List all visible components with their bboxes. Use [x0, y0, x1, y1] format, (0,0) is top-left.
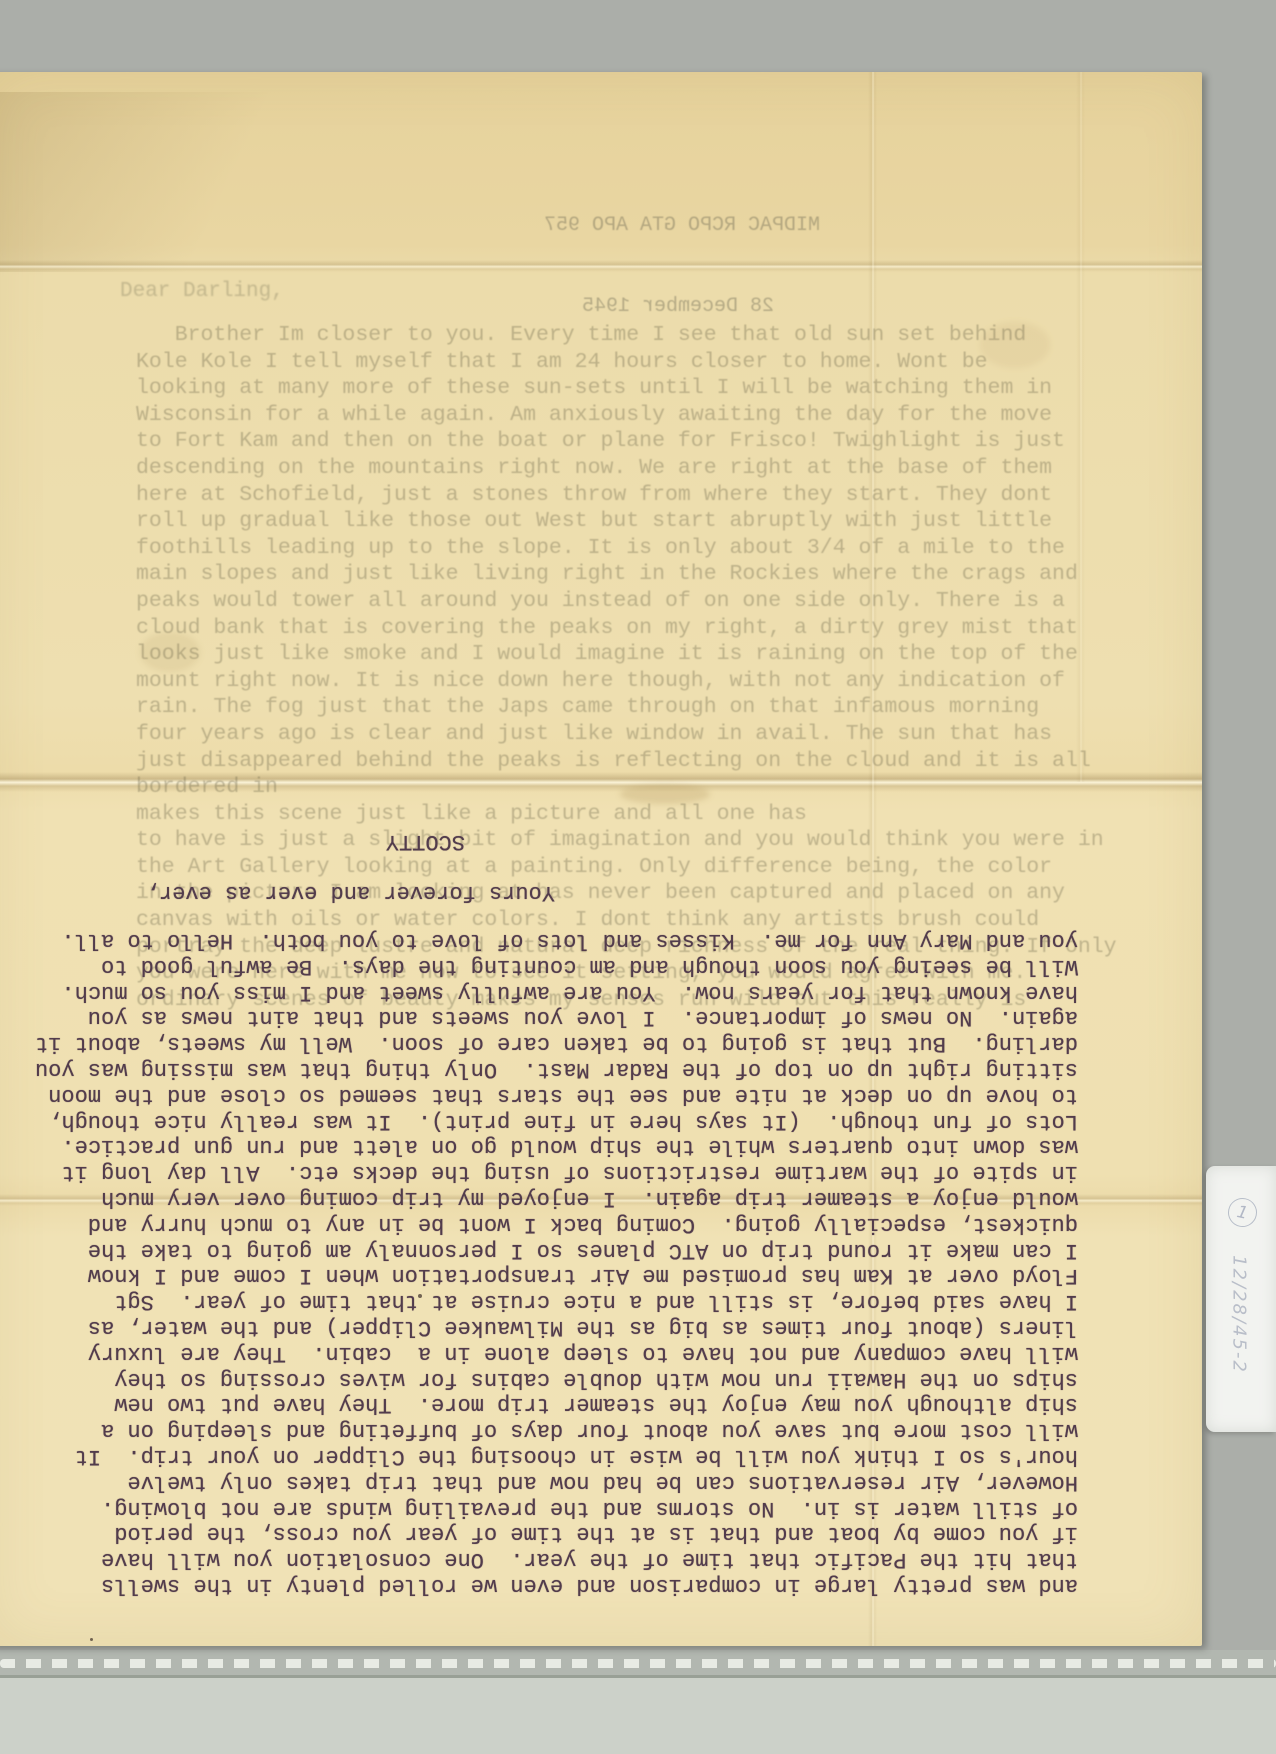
scanner-bed-lower	[0, 1678, 1276, 1754]
text-line: Floyd over at Kam has promised me Air tr…	[56, 1263, 1078, 1289]
text-line: I can make it round trip on ATC planes s…	[56, 1237, 1078, 1263]
text-line: have known that for years now. You are a…	[56, 979, 1078, 1005]
text-line: that hit the Pacific that time of the ye…	[56, 1546, 1078, 1572]
letter-closing: Yours forever and ever as ever,	[0, 879, 555, 905]
text-line: ships on the Hawaii run now with double …	[56, 1366, 1078, 1392]
text-line: However, Air reservations can be had now…	[56, 1469, 1078, 1495]
text-line: Lots of fun though. (It says here in fin…	[56, 1108, 1078, 1134]
text-line: to hove up on deck at nite and see the s…	[56, 1082, 1078, 1108]
text-line: you and Mary Ann for me. Kisses and lots…	[56, 927, 1078, 953]
binder-strip	[0, 1650, 1276, 1678]
binder-strip-teeth	[0, 1659, 1276, 1668]
letter-body: and was pretty large in comparison and e…	[0, 927, 1202, 1646]
text-line: sitting right up on top of the Radar Mas…	[56, 1056, 1078, 1082]
text-line: I have said before, is still and a nice …	[56, 1288, 1078, 1314]
text-line: and was pretty large in comparison and e…	[56, 1572, 1078, 1598]
text-line: would enjoy a steamer trip again. I enjo…	[56, 1185, 1078, 1211]
text-line: will cost more but save you about four d…	[56, 1417, 1078, 1443]
archival-tab: 1 12/28/45-2	[1206, 1166, 1276, 1432]
text-line: in spite of the wartime restrictions of …	[56, 1159, 1078, 1185]
text-line: liners (about four times as big as the M…	[56, 1314, 1078, 1340]
text-line: was down into quarters while the ship wo…	[56, 1134, 1078, 1160]
text-line: ship although you may enjoy the steamer …	[56, 1392, 1078, 1418]
text-line: quickest, especially going. Coming back …	[56, 1211, 1078, 1237]
binder-strip-edge	[0, 1675, 1276, 1678]
letter-signature: SCOTTY	[0, 829, 465, 855]
text-line: darling. But that is going to be taken c…	[56, 1030, 1078, 1056]
text-line: will have company and not have to sleep …	[56, 1340, 1078, 1366]
typed-letter-rotated: and was pretty large in comparison and e…	[0, 72, 1202, 1646]
text-line: again. No news of importance. I love you…	[56, 1005, 1078, 1031]
letter-page: MIDPAC RCPO GTA APO 957 28 December 1945…	[0, 72, 1202, 1646]
text-line: if you come by boat and that is at the t…	[56, 1521, 1078, 1547]
tab-pencil-note: 12/28/45-2	[1229, 1220, 1250, 1410]
text-line: of still water is in. No storms and the …	[56, 1495, 1078, 1521]
text-line: Will be seeing you soon though and am co…	[56, 953, 1078, 979]
text-line: hour's so I think you will be wise in ch…	[56, 1443, 1078, 1469]
scanner-bed: MIDPAC RCPO GTA APO 957 28 December 1945…	[0, 0, 1276, 1754]
